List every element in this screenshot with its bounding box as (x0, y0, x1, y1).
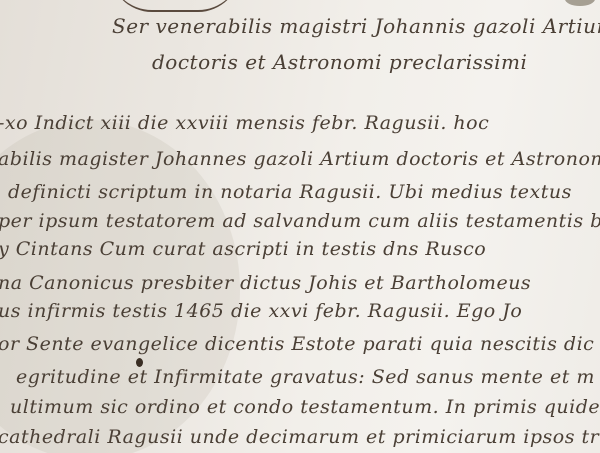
text-line-4: per ipsum testatorem ad salvandum cum al… (0, 210, 600, 232)
text-line-6: na Canonicus presbiter dictus Johis et B… (0, 272, 531, 294)
manuscript-page: Ser venerabilis magistri Johannis gazoli… (0, 0, 600, 453)
heading-line-2: doctoris et Astronomi preclarissimi (152, 50, 527, 74)
text-line-3: definicti scriptum in notaria Ragusii. U… (8, 181, 572, 203)
text-line-2: abilis magister Johannes gazoli Artium d… (0, 148, 600, 170)
ink-blot (136, 358, 143, 367)
text-line-10: ultimum sic ordino et condo testamentum.… (10, 396, 600, 418)
text-line-11: cathedrali Ragusii unde decimarum et pri… (0, 426, 600, 448)
text-line-1: -xo Indict xiii die xxviii mensis febr. … (0, 112, 489, 134)
text-line-9: egritudine et Infirmitate gravatus: Sed … (16, 366, 595, 388)
flourish-stroke (110, 0, 240, 12)
text-line-8: or Sente evangelice dicentis Estote para… (0, 333, 594, 355)
text-line-5: y Cintans Cum curat ascripti in testis d… (0, 238, 486, 260)
text-line-7: us infirmis testis 1465 die xxvi febr. R… (0, 300, 522, 322)
ink-spot (565, 0, 595, 6)
heading-line-1: Ser venerabilis magistri Johannis gazoli… (112, 14, 600, 38)
